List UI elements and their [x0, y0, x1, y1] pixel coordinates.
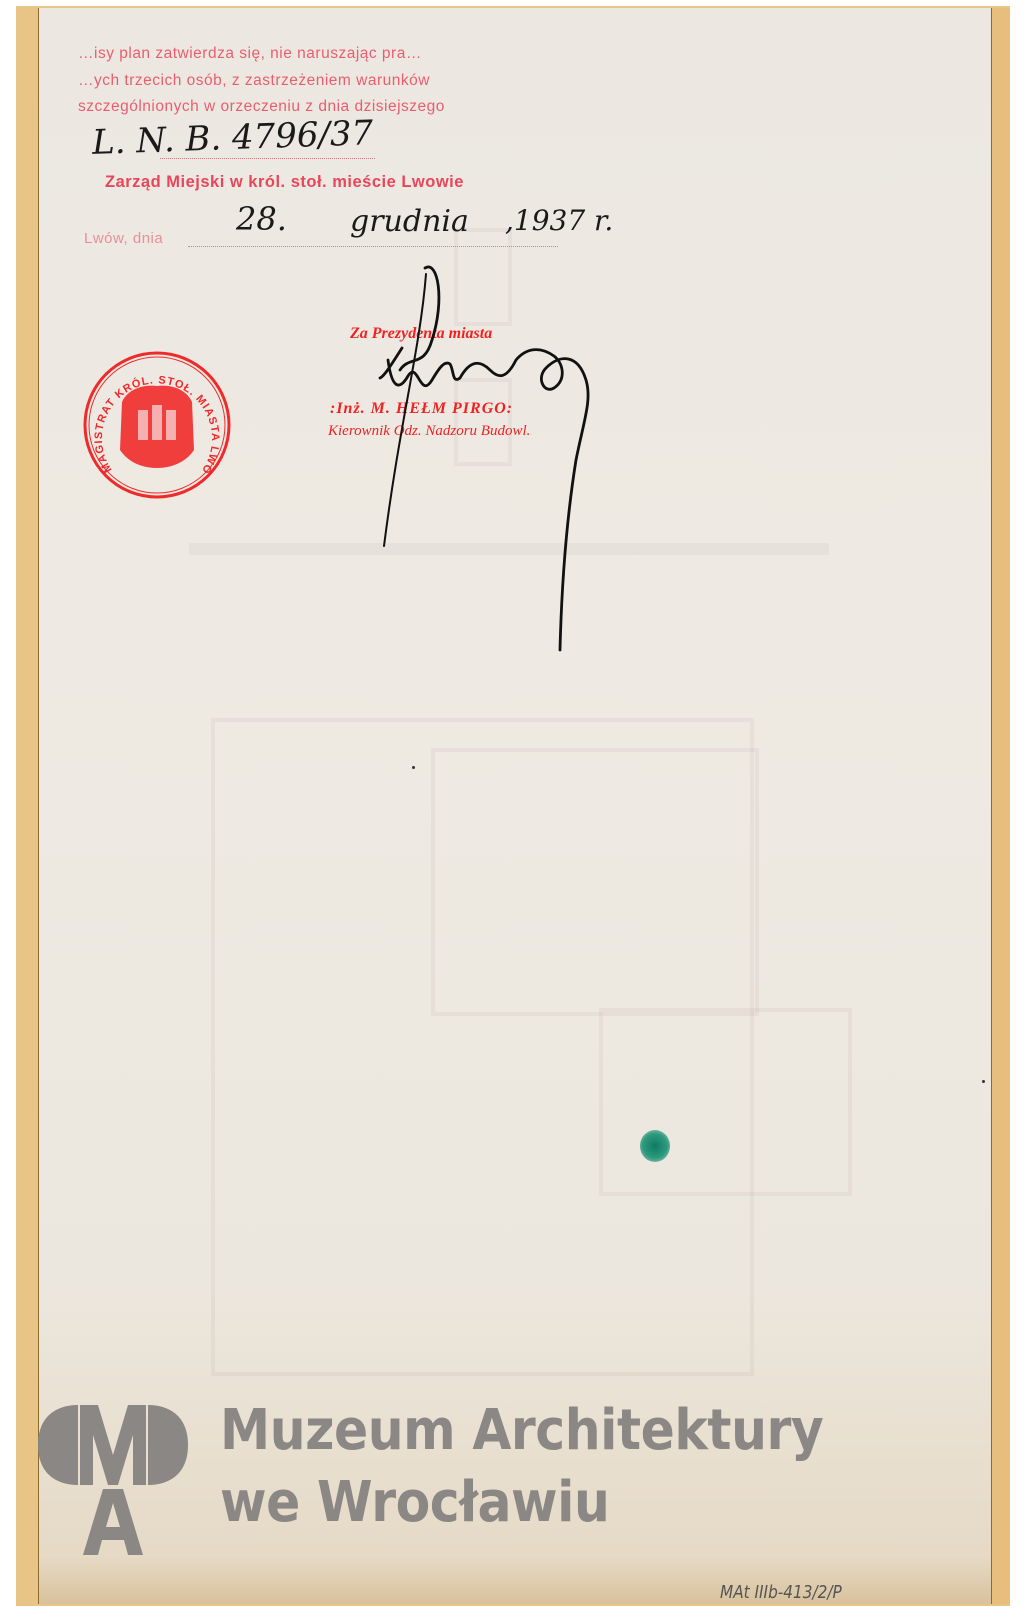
- museum-name-line-2: we Wrocławiu: [220, 1470, 609, 1535]
- date-day: 28.: [236, 200, 287, 238]
- museum-name-line-1: Muzeum Architektury: [220, 1398, 823, 1463]
- authority-name: Zarząd Miejski w król. stoł. mieście Lwo…: [105, 173, 464, 192]
- catalog-number: MAt IIIb-413/2/P: [720, 1582, 842, 1603]
- right-backing-strip: [990, 8, 1010, 1604]
- reference-underline: [160, 158, 375, 159]
- date-month: grudnia: [350, 204, 469, 239]
- paper-speck: [982, 1080, 985, 1083]
- municipal-seal: MAGISTRAT KRÓL. STOŁ. MIASTA LWOWA: [82, 350, 232, 500]
- museum-ma-logo: [38, 1405, 188, 1555]
- approval-stamp-line-3: szczególnionych w orzeczeniu z dnia dzis…: [78, 98, 445, 116]
- paper-speck: [412, 766, 415, 769]
- handwritten-signature: [340, 260, 610, 660]
- showthrough-plan-room: [431, 748, 759, 1016]
- date-year: ,1937 r.: [505, 204, 613, 237]
- showthrough-plan-room: [599, 1008, 852, 1196]
- date-place-label: Lwów, dnia: [84, 230, 163, 247]
- approval-stamp-line-1: …isy plan zatwierdza się, nie naruszając…: [78, 45, 422, 63]
- approval-stamp-line-2: …ych trzecich osób, z zastrzeżeniem waru…: [78, 72, 430, 90]
- document-sheet: [38, 8, 992, 1604]
- ink-stain: [640, 1130, 670, 1162]
- coat-of-arms-icon: [120, 386, 194, 468]
- date-line: [188, 246, 558, 247]
